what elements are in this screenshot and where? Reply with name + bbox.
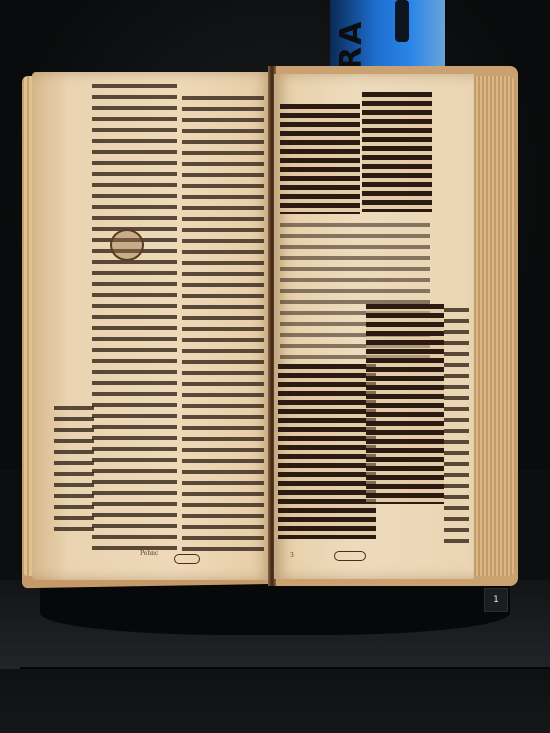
book-stand-shadow (40, 580, 510, 635)
left-page-stamp (174, 554, 200, 564)
left-page-footer-note: Pehnc (140, 550, 158, 557)
right-page-number: 3 (290, 552, 294, 559)
right-page-stamp (334, 551, 366, 561)
museum-display-scene: RA 1 Pehnc 3 (0, 0, 550, 733)
shelf-front (0, 669, 550, 733)
right-page-edges (472, 76, 516, 576)
exhibit-number-label: 1 (484, 588, 508, 612)
background-visitor-silhouette (395, 0, 409, 42)
sign-text: RA (334, 20, 369, 70)
left-page-text-margin (54, 402, 94, 532)
parchment-hole (110, 229, 144, 261)
right-page: 3 (274, 74, 474, 579)
right-page-erased-text-bottom-right (366, 304, 444, 504)
right-page-erased-text-bottom-left (278, 364, 376, 539)
left-page-text-column-2 (182, 92, 264, 552)
right-page-margin-text (444, 304, 469, 544)
left-page: Pehnc (32, 72, 272, 580)
manuscript-book: Pehnc 3 (22, 66, 518, 586)
right-page-erased-text-top-left (280, 104, 360, 214)
left-page-text-column-1 (92, 80, 177, 550)
right-page-erased-text-top-right (362, 92, 432, 212)
